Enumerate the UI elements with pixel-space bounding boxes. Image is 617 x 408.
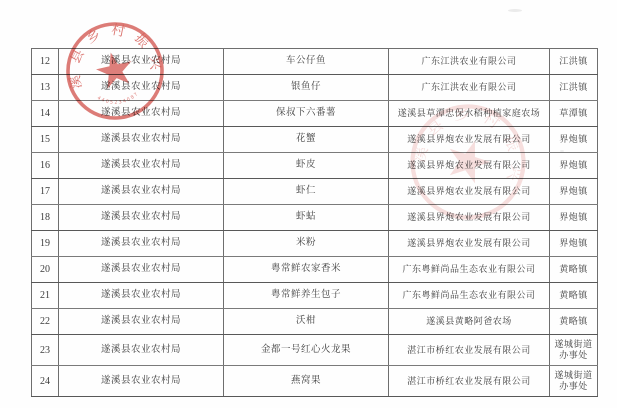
scanned-document-page: 12遂溪县农业农村局车公仔鱼广东江洪农业有限公司江洪镇13遂溪县农业农村局银鱼仔…	[0, 0, 617, 408]
cell-bureau: 遂溪县农业农村局	[59, 101, 224, 127]
cell-product: 米粉	[224, 231, 389, 257]
cell-bureau: 遂溪县农业农村局	[59, 283, 224, 309]
cell-company: 湛江市桥红农业发展有限公司	[389, 366, 550, 397]
scan-speck	[508, 9, 522, 12]
cell-no: 12	[32, 49, 59, 75]
cell-town: 黄略镇	[550, 309, 598, 335]
cell-no: 23	[32, 335, 59, 366]
cell-town: 界炮镇	[550, 231, 598, 257]
cell-product: 粤常鲜养生包子	[224, 283, 389, 309]
cell-bureau: 遂溪县农业农村局	[59, 231, 224, 257]
cell-product: 车公仔鱼	[224, 49, 389, 75]
cell-product: 金都一号红心火龙果	[224, 335, 389, 366]
table-body: 12遂溪县农业农村局车公仔鱼广东江洪农业有限公司江洪镇13遂溪县农业农村局银鱼仔…	[32, 49, 598, 397]
cell-town: 江洪镇	[550, 49, 598, 75]
cell-company: 遂溪县界炮农业发展有限公司	[389, 127, 550, 153]
cell-bureau: 遂溪县农业农村局	[59, 153, 224, 179]
cell-company: 广东粤鲜尚品生态农业有限公司	[389, 257, 550, 283]
cell-bureau: 遂溪县农业农村局	[59, 335, 224, 366]
table-row: 13遂溪县农业农村局银鱼仔广东江洪农业有限公司江洪镇	[32, 75, 598, 101]
table-row: 14遂溪县农业农村局保叔下六番薯遂溪县草潭忠保水稻种植家庭农场草潭镇	[32, 101, 598, 127]
cell-no: 17	[32, 179, 59, 205]
cell-company: 广东粤鲜尚品生态农业有限公司	[389, 283, 550, 309]
cell-product: 保叔下六番薯	[224, 101, 389, 127]
cell-bureau: 遂溪县农业农村局	[59, 75, 224, 101]
cell-no: 15	[32, 127, 59, 153]
cell-bureau: 遂溪县农业农村局	[59, 49, 224, 75]
cell-company: 遂溪县界炮农业发展有限公司	[389, 179, 550, 205]
cell-town: 界炮镇	[550, 205, 598, 231]
table-row: 18遂溪县农业农村局虾蛄遂溪县界炮农业发展有限公司界炮镇	[32, 205, 598, 231]
cell-no: 16	[32, 153, 59, 179]
cell-company: 遂溪县黄略阿爸农场	[389, 309, 550, 335]
table-row: 12遂溪县农业农村局车公仔鱼广东江洪农业有限公司江洪镇	[32, 49, 598, 75]
cell-town: 江洪镇	[550, 75, 598, 101]
cell-company: 广东江洪农业有限公司	[389, 75, 550, 101]
cell-product: 燕窝果	[224, 366, 389, 397]
cell-product: 粤常鲜农家香米	[224, 257, 389, 283]
cell-no: 13	[32, 75, 59, 101]
cell-company: 遂溪县界炮农业发展有限公司	[389, 231, 550, 257]
cell-town: 遂城街道办事处	[550, 335, 598, 366]
cell-company: 遂溪县草潭忠保水稻种植家庭农场	[389, 101, 550, 127]
cell-town: 遂城街道办事处	[550, 366, 598, 397]
cell-no: 14	[32, 101, 59, 127]
cell-bureau: 遂溪县农业农村局	[59, 127, 224, 153]
cell-town: 黄略镇	[550, 257, 598, 283]
cell-company: 遂溪县界炮农业发展有限公司	[389, 205, 550, 231]
table-row: 17遂溪县农业农村局虾仁遂溪县界炮农业发展有限公司界炮镇	[32, 179, 598, 205]
cell-town: 界炮镇	[550, 127, 598, 153]
table-row: 19遂溪县农业农村局米粉遂溪县界炮农业发展有限公司界炮镇	[32, 231, 598, 257]
table-row: 16遂溪县农业农村局虾皮遂溪县界炮农业发展有限公司界炮镇	[32, 153, 598, 179]
cell-town: 界炮镇	[550, 179, 598, 205]
cell-town: 界炮镇	[550, 153, 598, 179]
cell-no: 21	[32, 283, 59, 309]
cell-product: 虾蛄	[224, 205, 389, 231]
cell-bureau: 遂溪县农业农村局	[59, 366, 224, 397]
cell-bureau: 遂溪县农业农村局	[59, 179, 224, 205]
cell-company: 广东江洪农业有限公司	[389, 49, 550, 75]
cell-product: 虾皮	[224, 153, 389, 179]
cell-no: 20	[32, 257, 59, 283]
cell-company: 遂溪县界炮农业发展有限公司	[389, 153, 550, 179]
cell-product: 虾仁	[224, 179, 389, 205]
table-row: 15遂溪县农业农村局花蟹遂溪县界炮农业发展有限公司界炮镇	[32, 127, 598, 153]
cell-no: 22	[32, 309, 59, 335]
cell-no: 19	[32, 231, 59, 257]
table-row: 21遂溪县农业农村局粤常鲜养生包子广东粤鲜尚品生态农业有限公司黄略镇	[32, 283, 598, 309]
cell-town: 草潭镇	[550, 101, 598, 127]
cell-bureau: 遂溪县农业农村局	[59, 205, 224, 231]
cell-product: 银鱼仔	[224, 75, 389, 101]
cell-product: 花蟹	[224, 127, 389, 153]
cell-bureau: 遂溪县农业农村局	[59, 309, 224, 335]
approval-table: 12遂溪县农业农村局车公仔鱼广东江洪农业有限公司江洪镇13遂溪县农业农村局银鱼仔…	[31, 48, 598, 397]
cell-no: 18	[32, 205, 59, 231]
scan-speck	[560, 150, 564, 152]
cell-bureau: 遂溪县农业农村局	[59, 257, 224, 283]
cell-no: 24	[32, 366, 59, 397]
cell-company: 湛江市桥红农业发展有限公司	[389, 335, 550, 366]
table-row: 23遂溪县农业农村局金都一号红心火龙果湛江市桥红农业发展有限公司遂城街道办事处	[32, 335, 598, 366]
table-row: 22遂溪县农业农村局沃柑遂溪县黄略阿爸农场黄略镇	[32, 309, 598, 335]
cell-product: 沃柑	[224, 309, 389, 335]
table-row: 24遂溪县农业农村局燕窝果湛江市桥红农业发展有限公司遂城街道办事处	[32, 366, 598, 397]
cell-town: 黄略镇	[550, 283, 598, 309]
table-row: 20遂溪县农业农村局粤常鲜农家香米广东粤鲜尚品生态农业有限公司黄略镇	[32, 257, 598, 283]
